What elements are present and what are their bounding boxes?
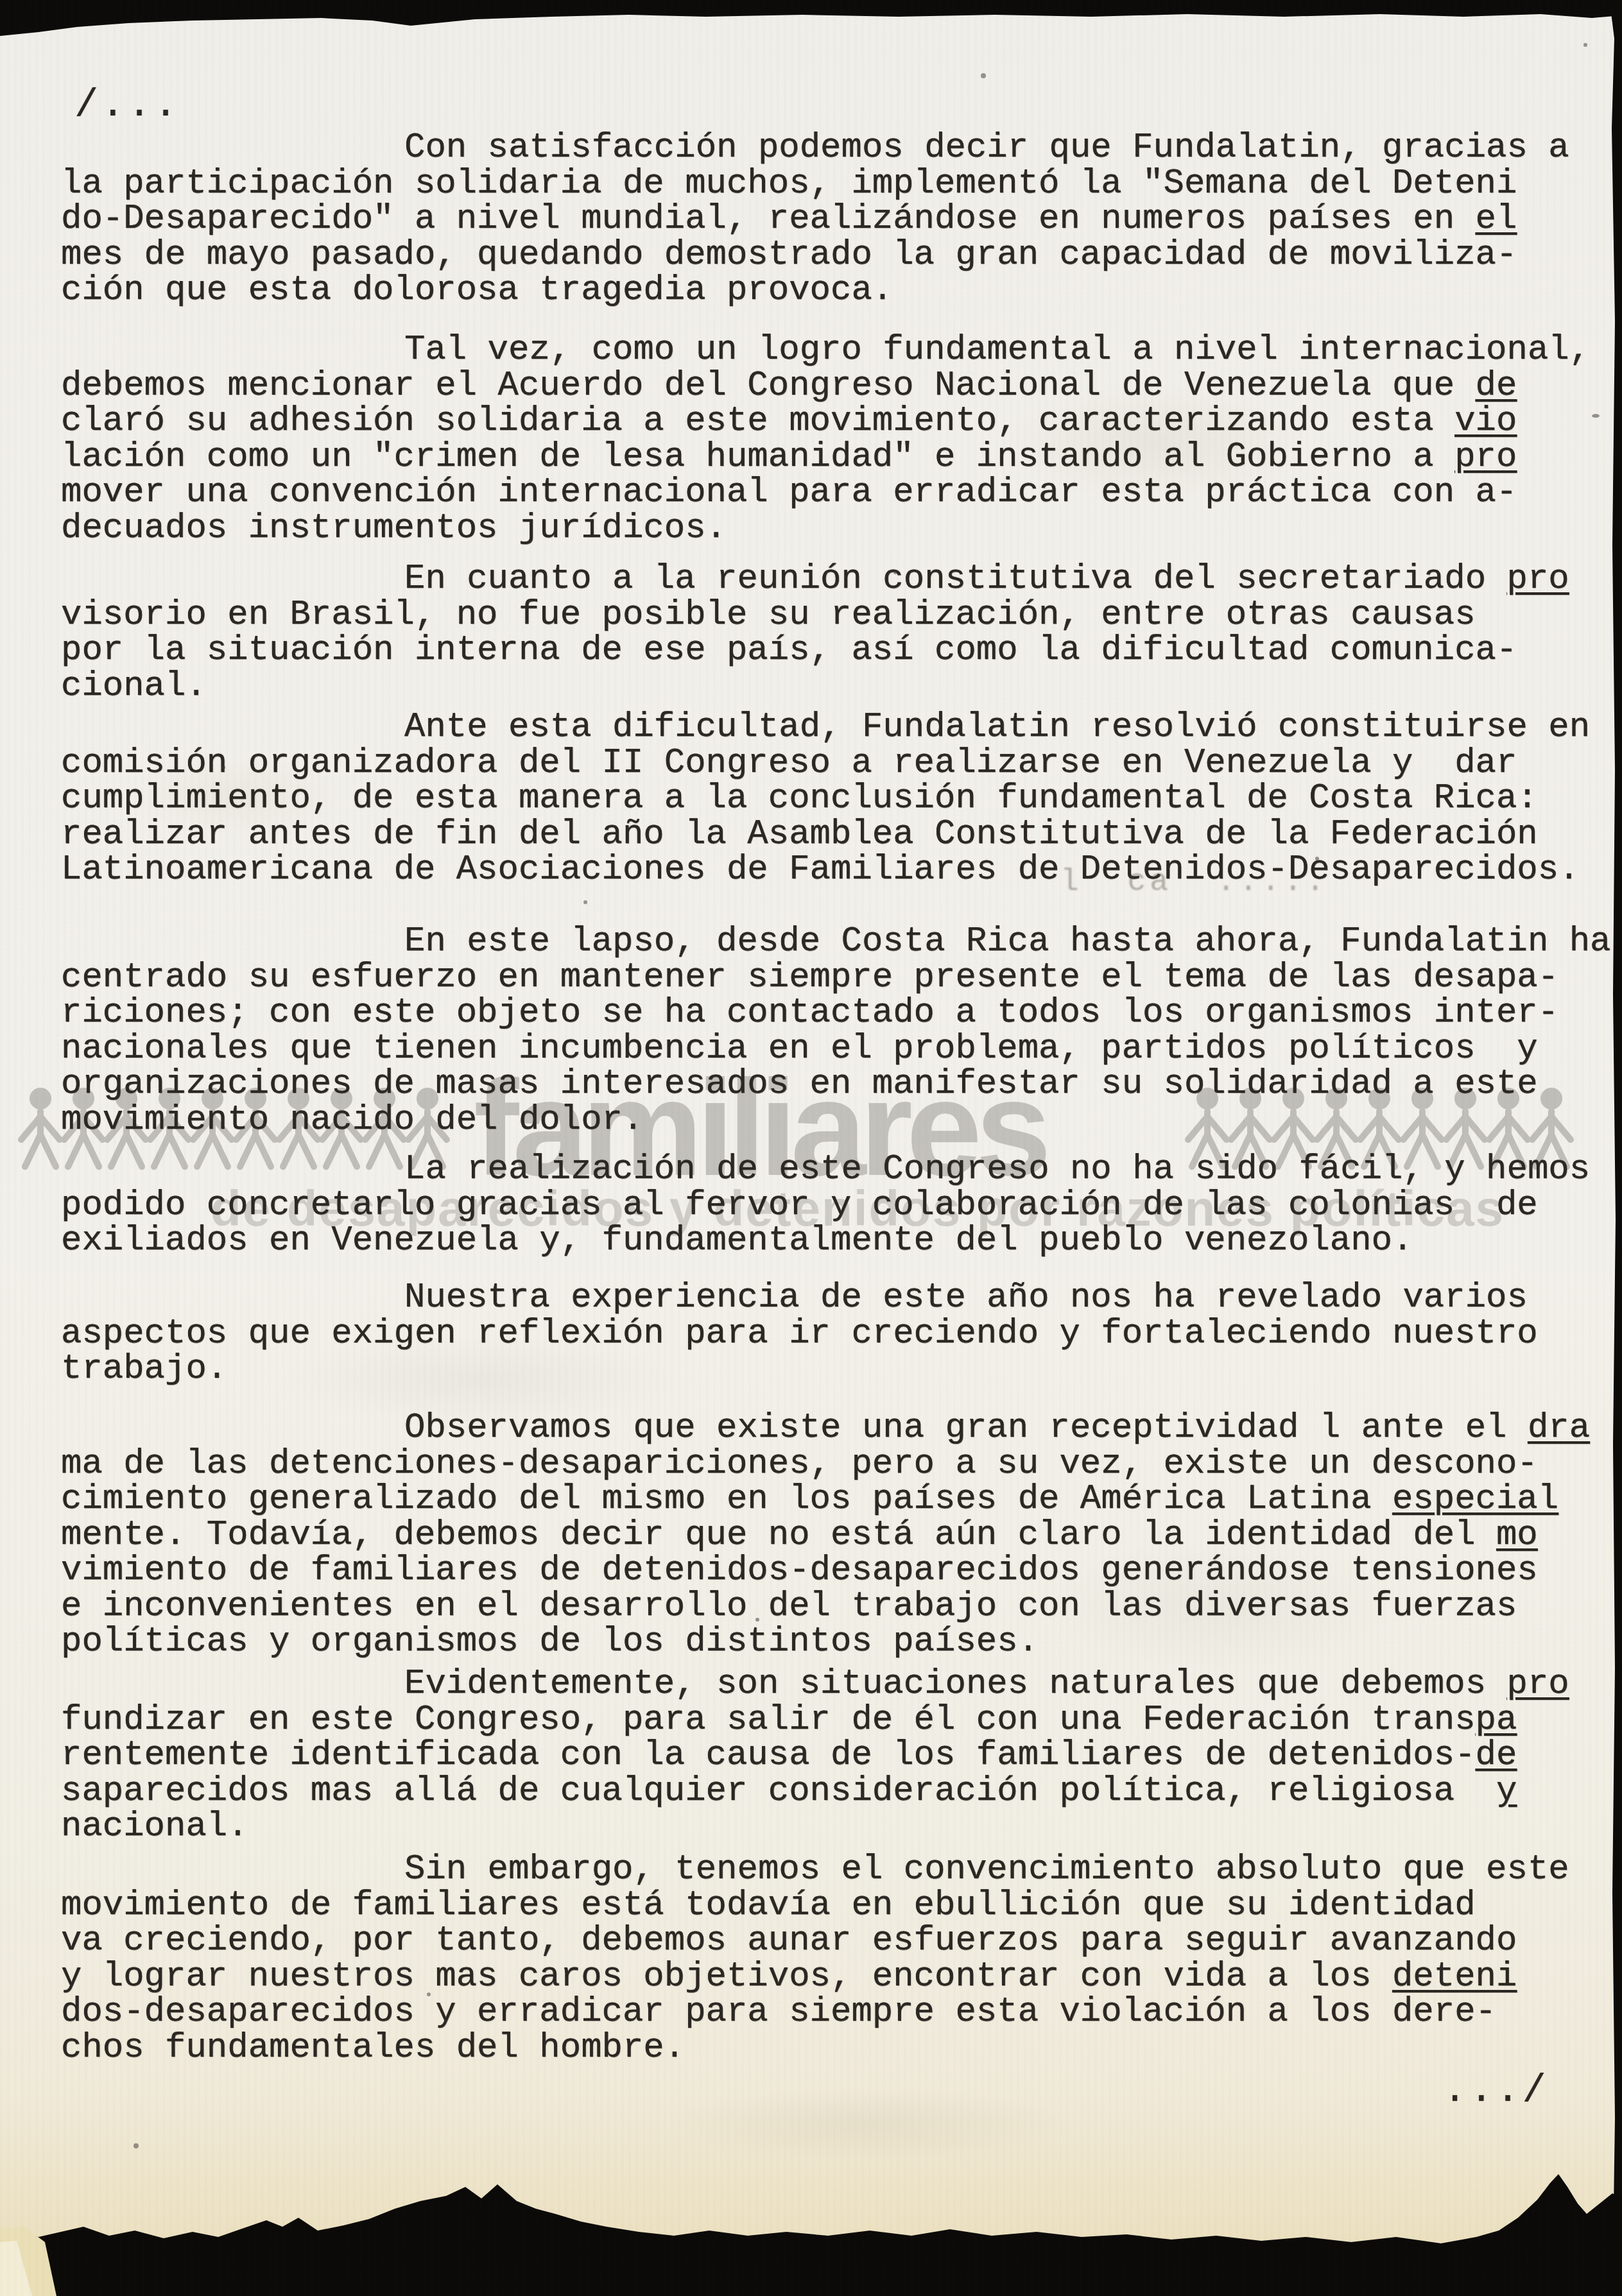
- text-line: mente. Todavía, debemos decir que no est…: [61, 1518, 1583, 1554]
- text-line: Observamos que existe una gran receptivi…: [61, 1410, 1583, 1446]
- hyphenation-underline: de: [1476, 366, 1517, 406]
- paragraph: En cuanto a la reunión constitutiva del …: [61, 561, 1583, 704]
- text-line: organizaciones de masas interesados en m…: [61, 1067, 1583, 1102]
- text-line: cional.: [61, 669, 1583, 705]
- hyphenation-underline: especial: [1392, 1480, 1558, 1519]
- hyphenation-underline: dra: [1528, 1409, 1590, 1448]
- text-line: nacionales que tienen incumbencia en el …: [61, 1031, 1583, 1067]
- text-line: ción que esta dolorosa tragedia provoca.: [61, 273, 1583, 309]
- typewritten-text: Con satisfacción podemos decir que Funda…: [0, 0, 1622, 2296]
- text-line: podido concretarlo gracias al fervor y c…: [61, 1188, 1583, 1224]
- hyphenation-underline: de: [1476, 1736, 1517, 1775]
- paragraph: La realización de este Congreso no ha si…: [61, 1152, 1583, 1259]
- text-line: fundizar en este Congreso, para salir de…: [61, 1702, 1583, 1738]
- continuation-marker-bottom: .../: [1443, 2068, 1549, 2113]
- text-line: y lograr nuestros mas caros objetivos, e…: [61, 1959, 1583, 1995]
- hyphenation-underline: pro: [1506, 1665, 1569, 1704]
- text-line: rentemente identificada con la causa de …: [61, 1738, 1583, 1774]
- text-line: decuados instrumentos jurídicos.: [61, 511, 1583, 547]
- text-line: ma de las detenciones-desapariciones, pe…: [61, 1446, 1583, 1482]
- text-line: riciones; con este objeto se ha contacta…: [61, 995, 1583, 1031]
- text-line: Nuestra experiencia de este año nos ha r…: [61, 1280, 1583, 1316]
- paragraph: Observamos que existe una gran receptivi…: [61, 1410, 1583, 1660]
- text-line: movimiento nacido del dolor.: [61, 1102, 1583, 1138]
- hyphenation-underline: el: [1476, 200, 1517, 239]
- text-line: por la situación interna de ese país, as…: [61, 633, 1583, 669]
- text-line: dos-desaparecidos y erradicar para siemp…: [61, 1994, 1583, 2030]
- text-line: claró su adhesión solidaria a este movim…: [61, 404, 1583, 440]
- scanned-page: familiares de desaparecidos y detenidos …: [0, 0, 1622, 2296]
- text-line: En cuanto a la reunión constitutiva del …: [61, 561, 1583, 597]
- text-line: Tal vez, como un logro fundamental a niv…: [61, 332, 1583, 368]
- paragraph: En este lapso, desde Costa Rica hasta ah…: [61, 924, 1583, 1138]
- text-line: cimiento generalizado del mismo en los p…: [61, 1482, 1583, 1518]
- text-line: chos fundamentales del hombre.: [61, 2030, 1583, 2066]
- text-line: movimiento de familiares está todavía en…: [61, 1888, 1583, 1924]
- text-line: do-Desaparecido" a nivel mundial, realiz…: [61, 201, 1583, 237]
- text-line: mes de mayo pasado, quedando demostrado …: [61, 237, 1583, 273]
- paragraph: Sin embargo, tenemos el convencimiento a…: [61, 1852, 1583, 2066]
- text-line: nacional.: [61, 1809, 1583, 1845]
- paragraph: Tal vez, como un logro fundamental a niv…: [61, 332, 1583, 546]
- text-line: realizar antes de fin del año la Asamble…: [61, 817, 1583, 853]
- text-line: aspectos que exigen reflexión para ir cr…: [61, 1316, 1583, 1352]
- hyphenation-underline: deteni: [1392, 1957, 1517, 1996]
- text-line: centrado su esfuerzo en mantener siempre…: [61, 960, 1583, 996]
- text-line: Con satisfacción podemos decir que Funda…: [61, 130, 1583, 166]
- text-line: debemos mencionar el Acuerdo del Congres…: [61, 368, 1583, 404]
- paragraph: Nuestra experiencia de este año nos ha r…: [61, 1280, 1583, 1387]
- text-line: exiliados en Venezuela y, fundamentalmen…: [61, 1223, 1583, 1259]
- text-line: mover una convención internacional para …: [61, 475, 1583, 511]
- text-line: la participación solidaria de muchos, im…: [61, 166, 1583, 202]
- paragraph: Evidentemente, son situaciones naturales…: [61, 1666, 1583, 1845]
- text-line: La realización de este Congreso no ha si…: [61, 1152, 1583, 1188]
- text-line: comisión organizadora del II Congreso a …: [61, 746, 1583, 782]
- text-line: lación como un "crimen de lesa humanidad…: [61, 440, 1583, 475]
- hyphenation-underline: pro: [1454, 438, 1517, 477]
- text-line: visorio en Brasil, no fue posible su rea…: [61, 597, 1583, 633]
- text-line: vimiento de familiares de detenidos-desa…: [61, 1553, 1583, 1589]
- hyphenation-underline: mo: [1496, 1516, 1538, 1555]
- text-line: cumplimiento, de esta manera a la conclu…: [61, 781, 1583, 817]
- paragraph: Con satisfacción podemos decir que Funda…: [61, 130, 1583, 309]
- hyphenation-underline: y: [1496, 1772, 1517, 1811]
- text-line: Latinoamericana de Asociaciones de Famil…: [61, 852, 1583, 888]
- text-line: saparecidos mas allá de cualquier consid…: [61, 1774, 1583, 1810]
- text-line: Sin embargo, tenemos el convencimiento a…: [61, 1852, 1583, 1888]
- hyphenation-underline: pro: [1506, 560, 1569, 599]
- hyphenation-underline: pa: [1476, 1701, 1517, 1740]
- text-line: En este lapso, desde Costa Rica hasta ah…: [61, 924, 1583, 960]
- text-line: Ante esta dificultad, Fundalatin resolvi…: [61, 710, 1583, 746]
- faint-smudge-text: l ca .....: [1060, 865, 1329, 900]
- paragraph: Ante esta dificultad, Fundalatin resolvi…: [61, 710, 1583, 888]
- text-line: va creciendo, por tanto, debemos aunar e…: [61, 1923, 1583, 1959]
- text-line: Evidentemente, son situaciones naturales…: [61, 1666, 1583, 1702]
- text-line: políticas y organismos de los distintos …: [61, 1624, 1583, 1660]
- hyphenation-underline: vio: [1454, 402, 1517, 441]
- text-line: trabajo.: [61, 1351, 1583, 1387]
- text-line: e inconvenientes en el desarrollo del tr…: [61, 1589, 1583, 1625]
